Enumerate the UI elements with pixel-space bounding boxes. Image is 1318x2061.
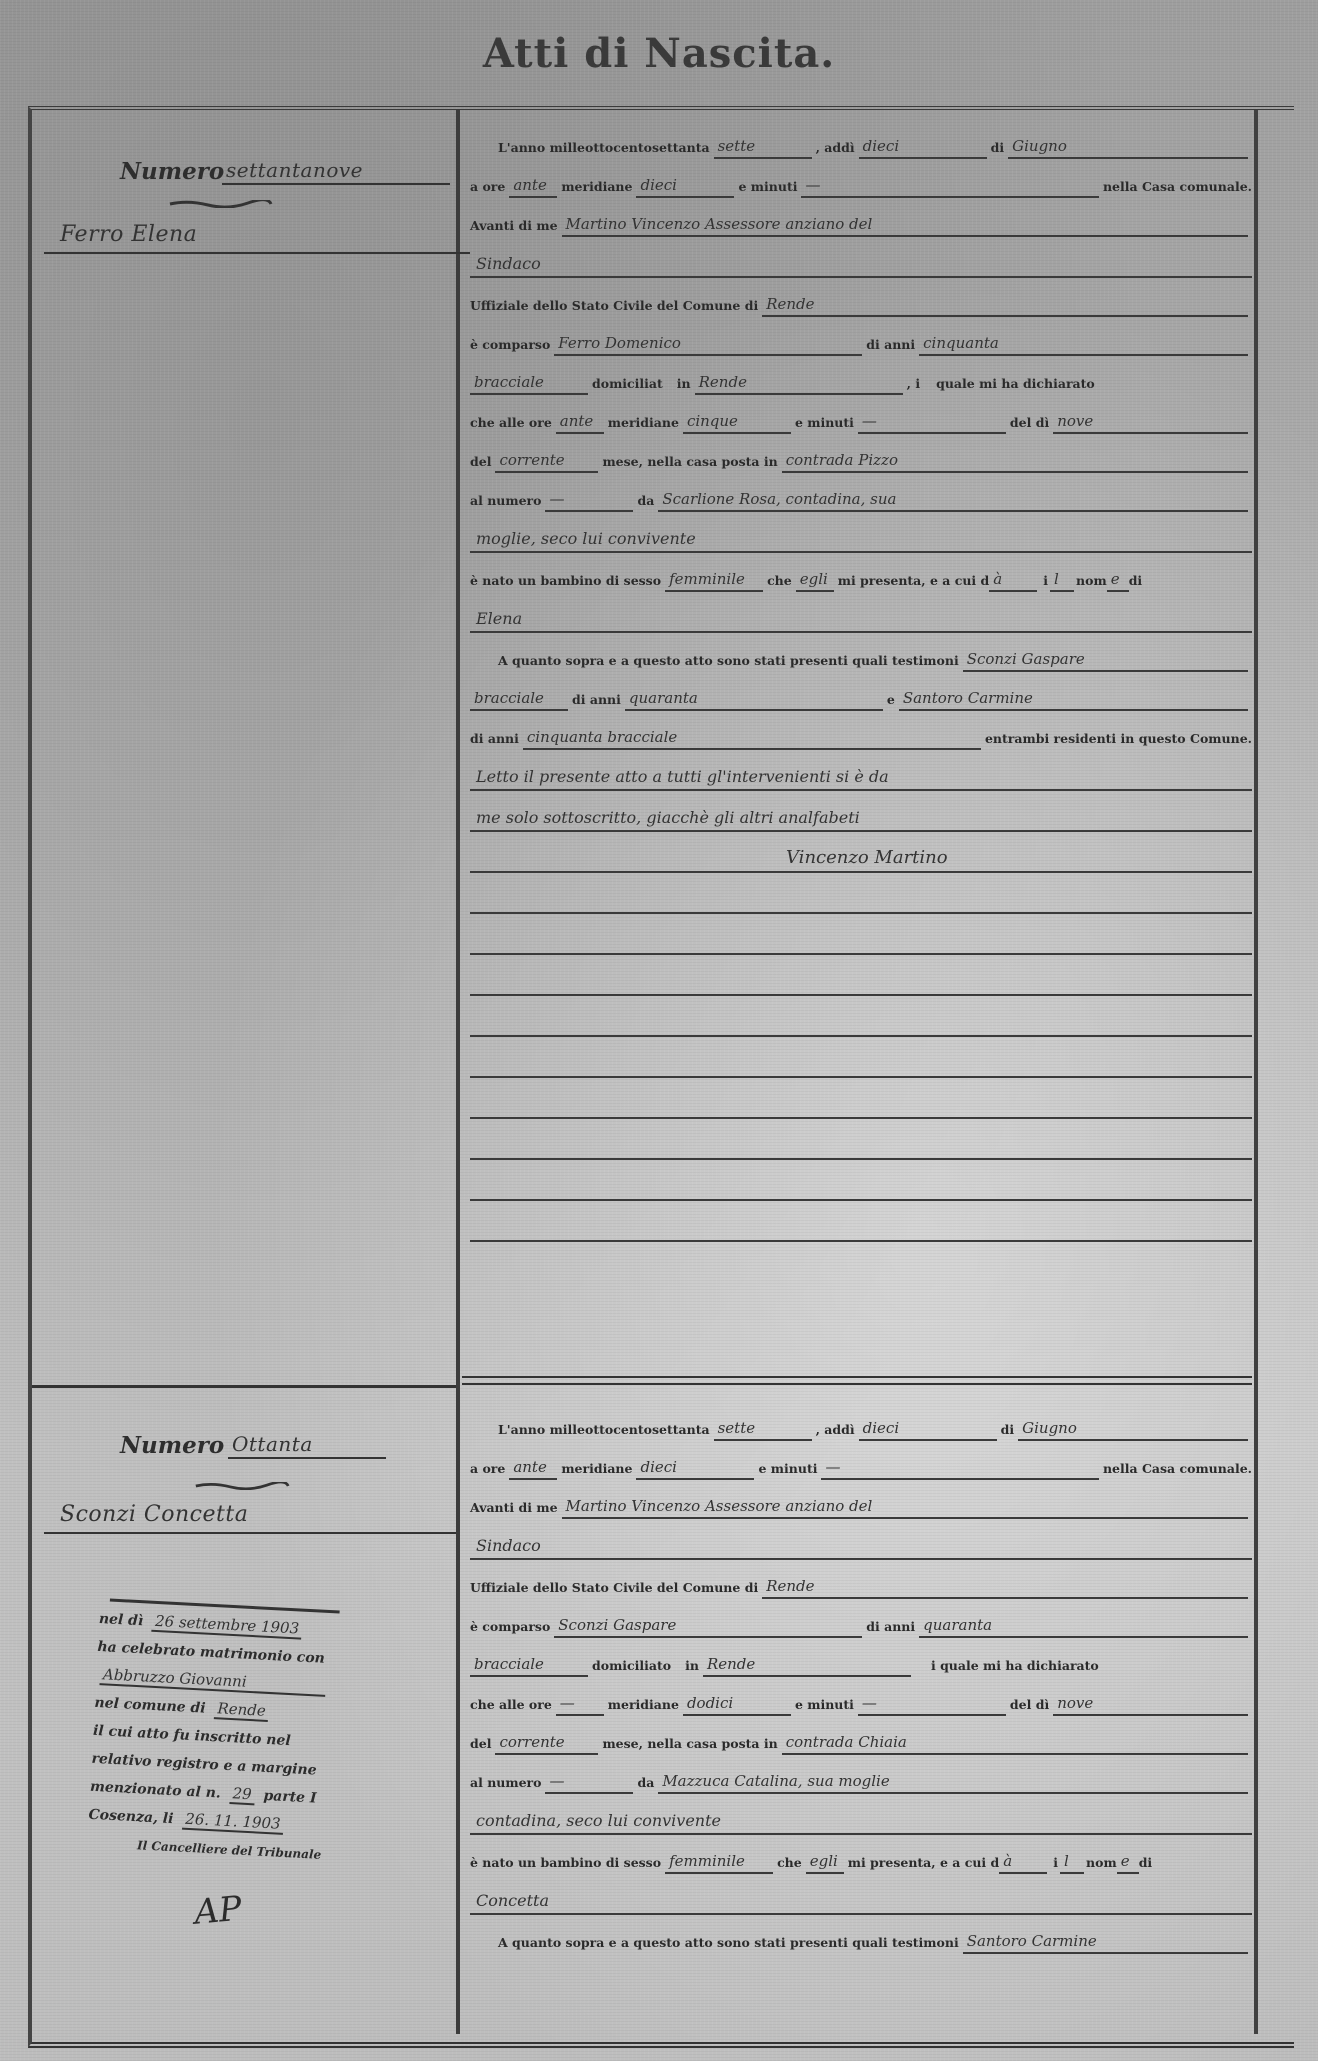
row-mother: al numero — da Mazzuca Catalina, sua mog… [470, 1755, 1252, 1794]
record-2-form: L'anno milleottocentosettanta sette , ad… [470, 1402, 1252, 1954]
row-time: a ore ante meridiane dieci e minuti — ne… [470, 159, 1252, 198]
year-field: sette [714, 137, 812, 159]
declarant-field: Ferro Domenico [554, 334, 862, 356]
birth-place-field: contrada Chiaia [782, 1733, 1248, 1755]
row-closing-1: Letto il presente atto a tutti gl'interv… [470, 750, 1252, 791]
row-child-name: Elena [470, 592, 1252, 633]
birth-hour-field: dodici [683, 1694, 791, 1716]
official-field: Martino Vincenzo Assessore anziano del [562, 1497, 1248, 1519]
row-mother-cont: contadina, seco lui convivente [470, 1794, 1252, 1835]
left-record-separator [32, 1385, 456, 1388]
right-record-separator [462, 1376, 1252, 1385]
occupation-field: bracciale [470, 1655, 588, 1677]
row-official: Avanti di me Martino Vincenzo Assessore … [470, 198, 1252, 237]
comune-field: Rende [762, 1577, 1248, 1599]
numero-value: Ottanta [228, 1432, 386, 1459]
row-witness-2: bracciale di anni quaranta e Santoro Car… [470, 672, 1252, 711]
row-declarant: è comparso Ferro Domenico di anni cinqua… [470, 317, 1252, 356]
child-name: Sconzi Concetta [44, 1502, 456, 1534]
row-official: Avanti di me Martino Vincenzo Assessore … [470, 1480, 1252, 1519]
row-mother: al numero — da Scarlione Rosa, contadina… [470, 473, 1252, 512]
witness-1-field: Sconzi Gaspare [963, 650, 1248, 672]
blank-line [470, 873, 1252, 914]
blank-line [470, 1078, 1252, 1119]
day-field: dieci [859, 1419, 997, 1441]
ante-field: ante [509, 176, 557, 198]
blank-line [470, 996, 1252, 1037]
comune-field: Rende [762, 295, 1248, 317]
declarant-age-field: cinquanta [919, 334, 1248, 356]
birth-place-field: contrada Pizzo [782, 451, 1248, 473]
row-official-cont: Sindaco [470, 1519, 1252, 1560]
blank-line [470, 914, 1252, 955]
row-closing-2: me solo sottoscritto, giacchè gli altri … [470, 791, 1252, 832]
column-divider [456, 110, 460, 2034]
minutes-field: — [801, 176, 1099, 198]
row-birth-place: del corrente mese, nella casa posta in c… [470, 434, 1252, 473]
hour-field: dieci [636, 1458, 754, 1480]
row-domicile: bracciale domiciliato in Rende i quale m… [470, 1638, 1252, 1677]
declarant-age-field: quaranta [919, 1616, 1248, 1638]
hour-field: dieci [636, 176, 734, 198]
row-birth-time: che alle ore ante meridiane cinque e min… [470, 395, 1252, 434]
mother-field: Scarlione Rosa, contadina, sua [658, 490, 1248, 512]
marriage-date: 26 settembre 1903 [152, 1612, 303, 1640]
numero-label: Numero [120, 1432, 224, 1459]
blank-line [470, 1037, 1252, 1078]
row-time: a ore ante meridiane dieci e minuti — ne… [470, 1441, 1252, 1480]
domicile-field: Rende [695, 373, 903, 395]
row-official-cont: Sindaco [470, 237, 1252, 278]
row-witness-1: A quanto sopra e a questo atto sono stat… [470, 633, 1252, 672]
flourish-icon [194, 1482, 290, 1490]
sex-field: femminile [665, 1852, 773, 1874]
sex-field: femminile [665, 570, 763, 592]
witness-2-field: Santoro Carmine [899, 689, 1248, 711]
numero-label: Numero [120, 158, 224, 185]
row-sex-name: è nato un bambino di sesso femminile che… [470, 553, 1252, 592]
witness-1-field: Santoro Carmine [963, 1932, 1248, 1954]
blank-line [470, 1160, 1252, 1201]
row-domicile: bracciale domiciliat in Rende , i quale … [470, 356, 1252, 395]
row-signature: Vincenzo Martino [470, 832, 1252, 873]
year-field: sette [714, 1419, 812, 1441]
blank-line [470, 1201, 1252, 1242]
row-birth-time: che alle ore — meridiane dodici e minuti… [470, 1677, 1252, 1716]
day-field: dieci [859, 137, 987, 159]
row-witness-2-age: di anni cinquanta bracciale entrambi res… [470, 711, 1252, 750]
record-1-form: L'anno milleottocentosettanta sette , ad… [470, 120, 1252, 1242]
numero-value: settantanove [222, 158, 450, 185]
marriage-place: Rende [214, 1699, 269, 1722]
row-declarant: è comparso Sconzi Gaspare di anni quaran… [470, 1599, 1252, 1638]
official-signature: Vincenzo Martino [780, 847, 954, 871]
month-field: Giugno [1008, 137, 1248, 159]
domicile-field: Rende [703, 1655, 911, 1677]
birth-day-field: nove [1053, 412, 1248, 434]
birth-day-field: nove [1053, 1694, 1248, 1716]
month-field: Giugno [1018, 1419, 1248, 1441]
row-year-date: L'anno milleottocentosettanta sette , ad… [470, 120, 1252, 159]
flourish-icon [168, 200, 273, 208]
row-year-date: L'anno milleottocentosettanta sette , ad… [470, 1402, 1252, 1441]
row-birth-place: del corrente mese, nella casa posta in c… [470, 1716, 1252, 1755]
child-given-name: Elena [470, 609, 528, 631]
row-comune: Uffiziale dello Stato Civile del Comune … [470, 278, 1252, 317]
child-given-name: Concetta [470, 1891, 555, 1913]
occupation-field: bracciale [470, 373, 588, 395]
page-title: Atti di Nascita. [0, 30, 1318, 77]
right-border [1254, 110, 1258, 2034]
official-field: Martino Vincenzo Assessore anziano del [562, 215, 1248, 237]
mother-field: Mazzuca Catalina, sua moglie [658, 1772, 1248, 1794]
marriage-annotation: nel dì 26 settembre 1903 ha celebrato ma… [84, 1598, 360, 1924]
row-witness-1: A quanto sopra e a questo atto sono stat… [470, 1915, 1252, 1954]
child-name: Ferro Elena [44, 222, 470, 254]
row-mother-cont: moglie, seco lui convivente [470, 512, 1252, 553]
blank-line [470, 1119, 1252, 1160]
row-child-name: Concetta [470, 1874, 1252, 1915]
declarant-field: Sconzi Gaspare [554, 1616, 862, 1638]
row-sex-name: è nato un bambino di sesso femminile che… [470, 1835, 1252, 1874]
birth-hour-field: cinque [683, 412, 791, 434]
row-comune: Uffiziale dello Stato Civile del Comune … [470, 1560, 1252, 1599]
annotation-date: 26. 11. 1903 [182, 1810, 284, 1835]
blank-line [470, 955, 1252, 996]
